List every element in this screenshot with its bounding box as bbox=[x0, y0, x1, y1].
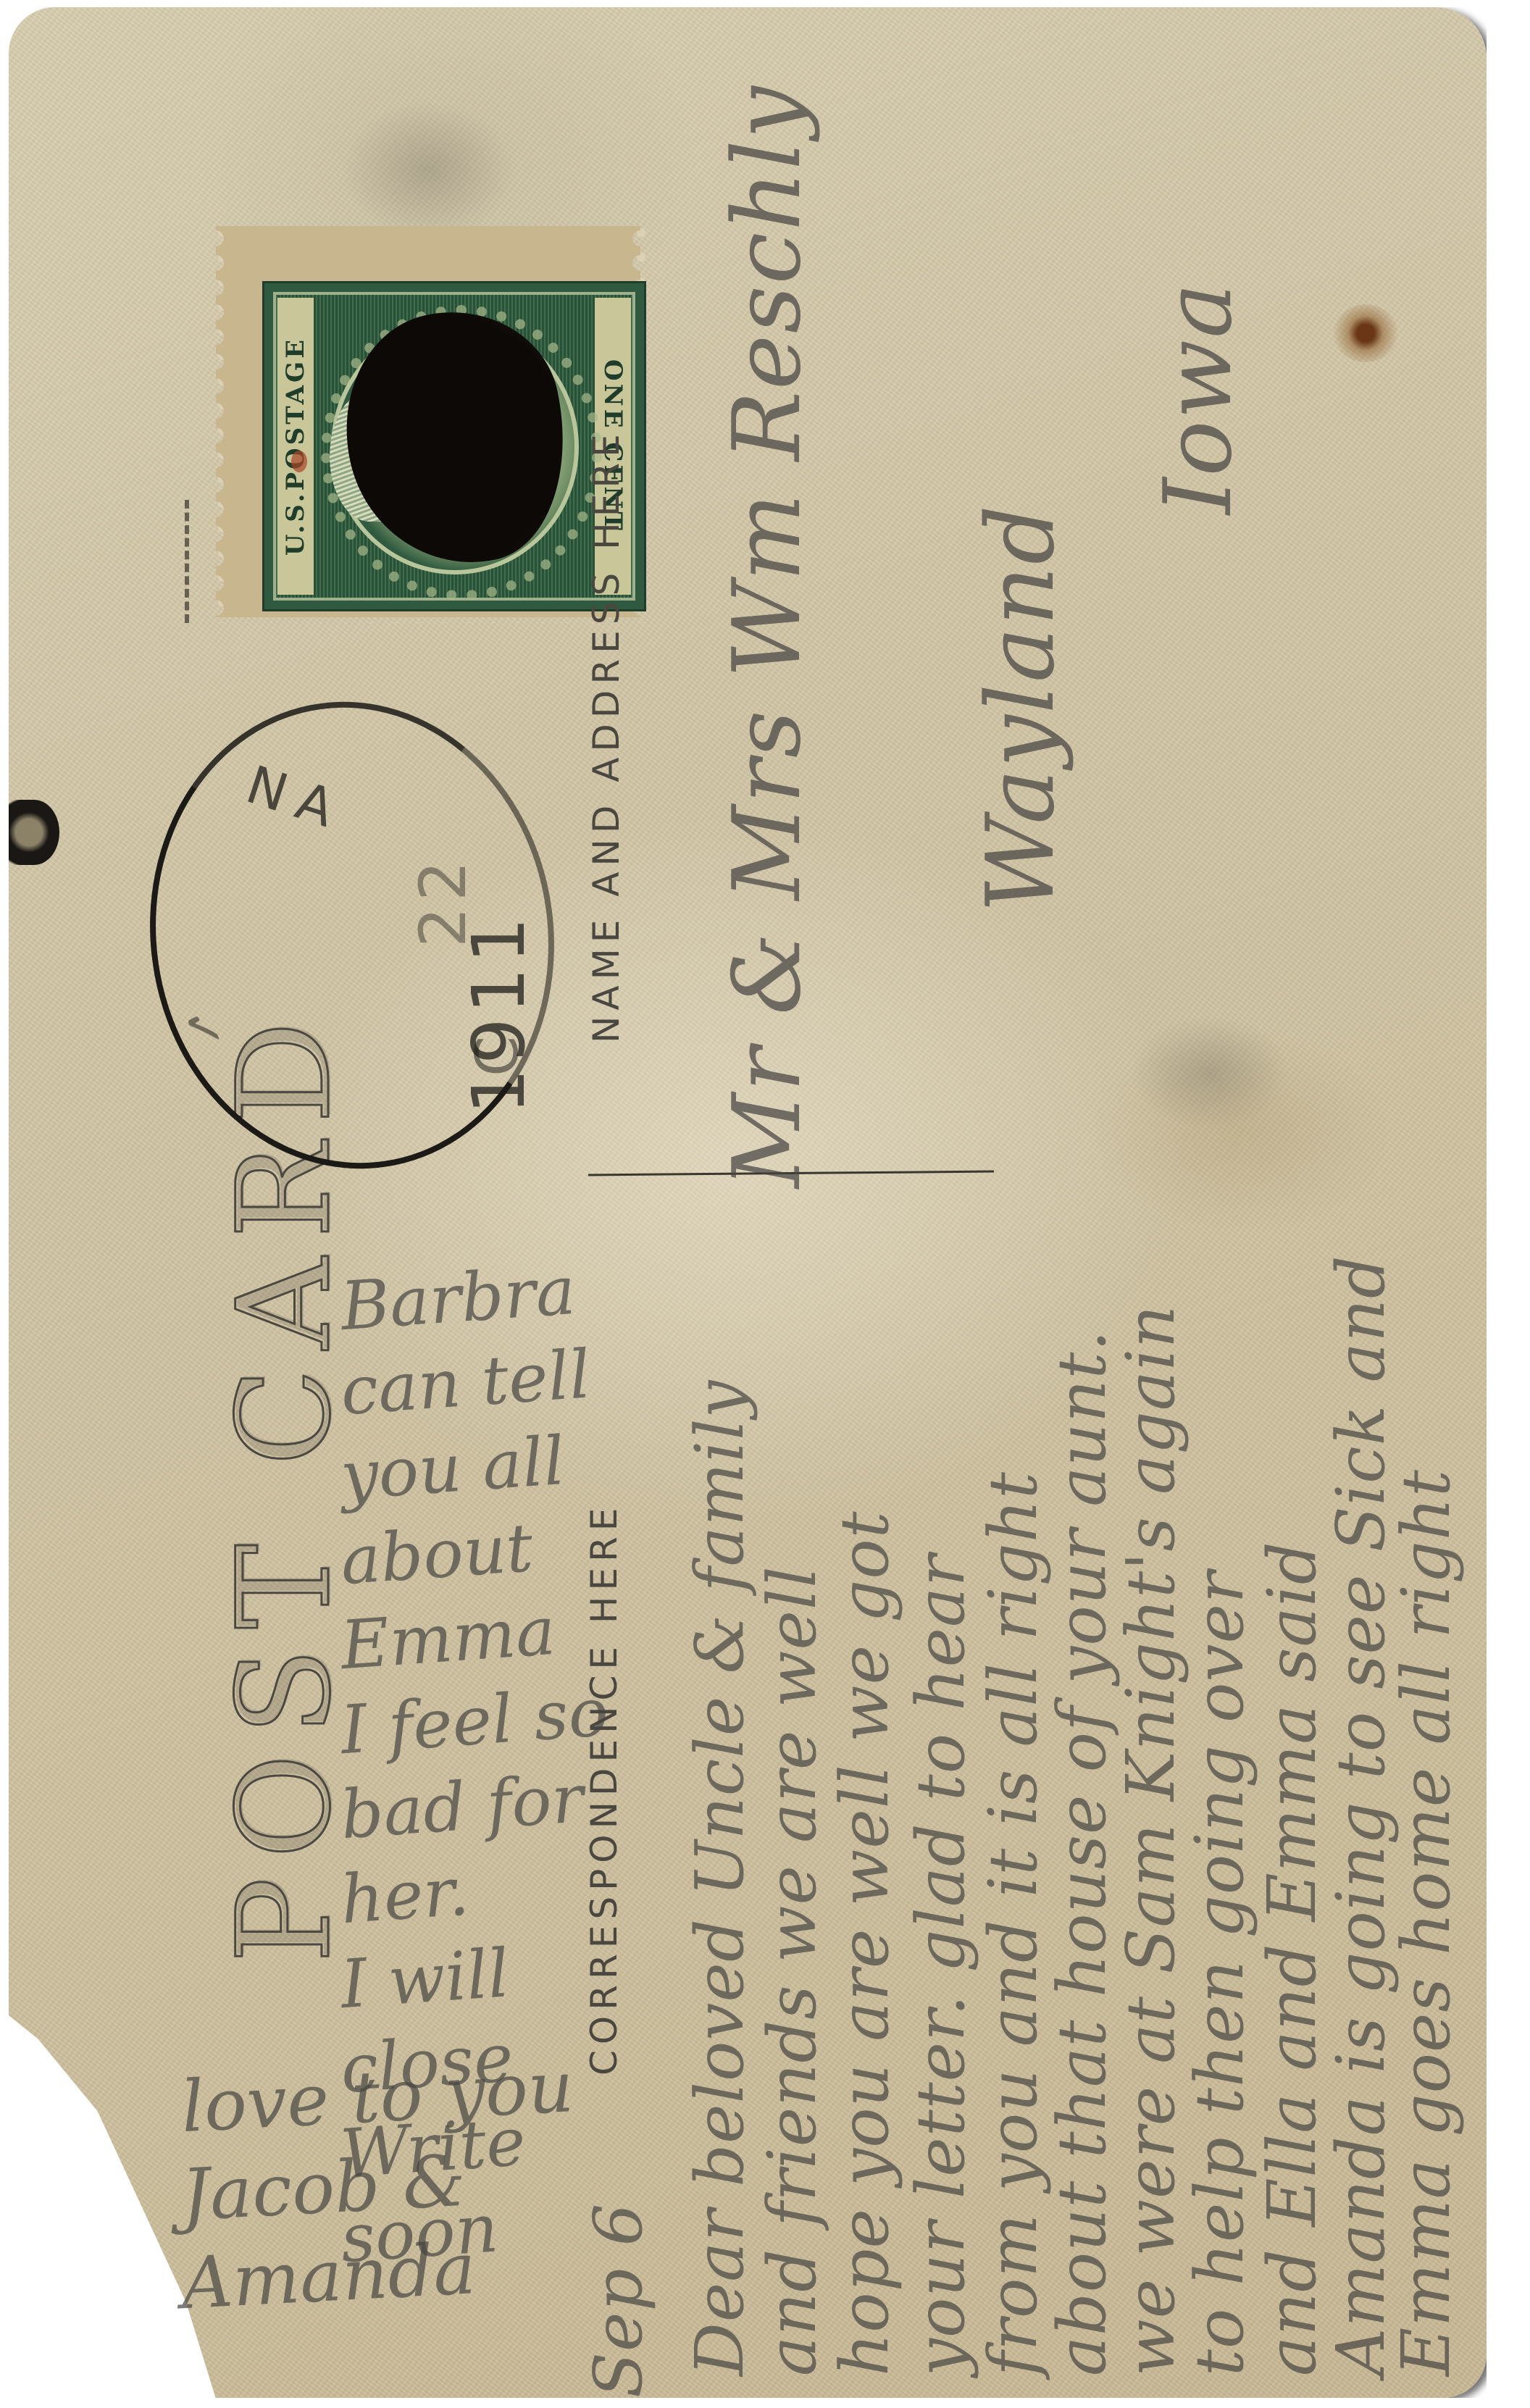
letter-line: your letter. glad to hear bbox=[902, 1217, 979, 2376]
rust-stain bbox=[1333, 304, 1398, 362]
red-spot bbox=[291, 451, 307, 472]
letter-line: to help then going over bbox=[1181, 1217, 1258, 2376]
address-label: NAME AND ADDRESS HERE bbox=[585, 319, 627, 1043]
letter-line: and friends we are well bbox=[753, 1217, 831, 2376]
smudge-middle bbox=[1130, 1014, 1289, 1130]
letter-line: Dear beloved Uncle & family bbox=[681, 1217, 758, 2376]
stamp-us-postage: U.S.POSTAGE bbox=[281, 337, 310, 556]
postmark-state: C bbox=[464, 1036, 531, 1077]
letter-date: Sep 6 bbox=[580, 2108, 657, 2398]
stamp-label-left: U.S.POSTAGE bbox=[277, 298, 314, 595]
address-line-name: Mr & Mrs Wm Reschly bbox=[714, 188, 822, 1188]
postmark-year: 1911 bbox=[456, 913, 541, 1115]
ink-blot bbox=[9, 800, 59, 865]
letter-line: hope you are well we got bbox=[826, 1217, 903, 2376]
cancel-marks bbox=[185, 500, 204, 623]
address-line-town: Wayland bbox=[967, 391, 1075, 913]
smudge-top bbox=[340, 101, 514, 239]
letter-line: and Ella and Emma said bbox=[1253, 1217, 1331, 2376]
letter-line: from you and it is all right bbox=[974, 1217, 1052, 2376]
letter-body: Sep 6 Dear beloved Uncle & family and fr… bbox=[666, 1217, 1492, 2391]
letter-line: we were at Sam Knight's again bbox=[1112, 1217, 1190, 2376]
letter-line: Emma goes home all right bbox=[1387, 1217, 1465, 2376]
address-line-state: Iowa bbox=[1145, 174, 1253, 514]
letter-line: about that house of your aunt. bbox=[1043, 1217, 1121, 2376]
